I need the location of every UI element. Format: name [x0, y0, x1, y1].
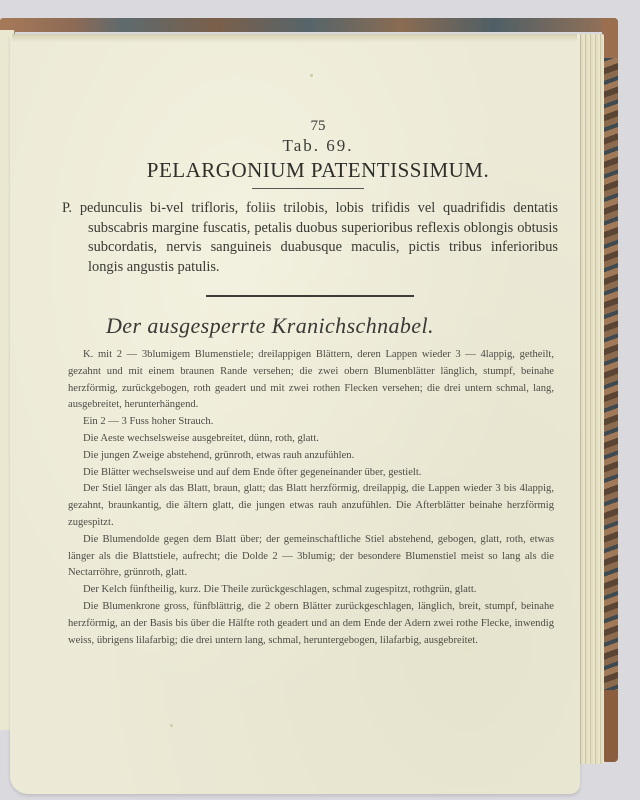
page-content: 75 Tab. 69. PELARGONIUM PATENTISSIMUM. P… [88, 118, 560, 649]
latin-diagnosis: P. pedunculis bi-vel trifloris, foliis t… [62, 199, 558, 277]
german-common-name: Der ausgesperrte Kranichschnabel. [106, 313, 560, 339]
description-paragraph: K. mit 2 — 3blumigem Blumenstiele; dreil… [68, 347, 554, 414]
book-cover-corner-bottom [602, 690, 618, 762]
book-cover-top-edge [0, 18, 618, 32]
book-cover-corner-top [602, 18, 618, 58]
section-divider [206, 295, 414, 297]
description-paragraph: Die Blumendolde gegen dem Blatt über; de… [68, 532, 554, 582]
description-paragraph: Die Blumenkrone gross, fünfblättrig, die… [68, 599, 554, 649]
plate-label: Tab. 69. [76, 136, 560, 156]
description-paragraph: Die jungen Zweige abstehend, grünroth, e… [68, 448, 554, 465]
page-number: 75 [76, 118, 560, 134]
paper-speck [170, 724, 173, 727]
description-paragraph: Die Aeste wechselsweise ausgebreitet, dü… [68, 431, 554, 448]
book-cover-marbled-edge [602, 22, 618, 722]
page-stack-edge [578, 34, 604, 764]
species-title: PELARGONIUM PATENTISSIMUM. [76, 158, 560, 182]
description-paragraph: Die Blätter wechselsweise und auf dem En… [68, 465, 554, 482]
description-body: K. mit 2 — 3blumigem Blumenstiele; dreil… [68, 347, 554, 649]
description-paragraph: Ein 2 — 3 Fuss hoher Strauch. [68, 414, 554, 431]
paper-speck [310, 74, 313, 77]
description-paragraph: Der Kelch fünftheilig, kurz. Die Theile … [68, 582, 554, 599]
description-paragraph: Der Stiel länger als das Blatt, braun, g… [68, 481, 554, 531]
page-top-fold [12, 34, 577, 42]
title-divider [252, 188, 364, 189]
